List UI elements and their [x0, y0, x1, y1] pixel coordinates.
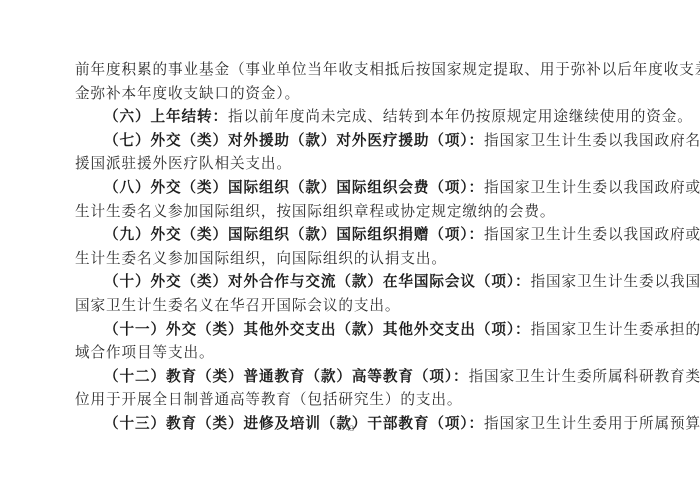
- definition-text: 指国家卫生计生委以我国政府或国家卫: [484, 179, 700, 196]
- line-text: 位用于开展全日制普通高等教育（包括研究生）的支出。: [75, 391, 462, 408]
- term-heading: （十二）教育（类）普通教育（款）高等教育（项）：: [104, 368, 469, 385]
- line-text: 金弥补本年度收支缺口的资金）。: [75, 85, 300, 102]
- definition-text: 指国家卫生计生委以我国政府或: [531, 273, 700, 290]
- text-line: 生计生委名义参加国际组织，按国际组织章程或协定规定缴纳的会费。: [75, 200, 635, 224]
- paragraph-11: （十一）外交（类）其他外交支出（款）其他外交支出（项）：指国家卫生计生委承担的亚…: [75, 318, 635, 342]
- paragraph-8: （八）外交（类）国际组织（款）国际组织会费（项）：指国家卫生计生委以我国政府或国…: [75, 176, 635, 200]
- term-heading: （九）外交（类）国际组织（款）国际组织捐赠（项）：: [104, 226, 484, 243]
- term-heading: （十）外交（类）对外合作与交流（款）在华国际会议（项）：: [104, 273, 531, 290]
- term-heading: （八）外交（类）国际组织（款）国际组织会费（项）：: [104, 179, 484, 196]
- line-text: 生计生委名义参加国际组织，向国际组织的认捐支出。: [75, 250, 447, 267]
- text-line: 前年度积累的事业基金（事业单位当年收支相抵后按国家规定提取、用于弥补以后年度收支…: [75, 58, 635, 82]
- text-line: 生计生委名义参加国际组织，向国际组织的认捐支出。: [75, 247, 635, 271]
- paragraph-6: （六）上年结转：指以前年度尚未完成、结转到本年仍按原规定用途继续使用的资金。: [75, 105, 635, 129]
- term-heading: （十一）外交（类）其他外交支出（款）其他外交支出（项）：: [104, 321, 531, 338]
- page-number: 43: [0, 424, 700, 433]
- text-line: 域合作项目等支出。: [75, 341, 635, 365]
- text-line: 位用于开展全日制普通高等教育（包括研究生）的支出。: [75, 388, 635, 412]
- document-page: 前年度积累的事业基金（事业单位当年收支相抵后按国家规定提取、用于弥补以后年度收支…: [75, 58, 635, 436]
- text-line: 国家卫生计生委名义在华召开国际会议的支出。: [75, 294, 635, 318]
- line-text: 生计生委名义参加国际组织，按国际组织章程或协定规定缴纳的会费。: [75, 203, 555, 220]
- line-text: 国家卫生计生委名义在华召开国际会议的支出。: [75, 297, 400, 314]
- term-heading: （七）外交（类）对外援助（款）对外医疗援助（项）：: [104, 132, 484, 149]
- paragraph-10: （十）外交（类）对外合作与交流（款）在华国际会议（项）：指国家卫生计生委以我国政…: [75, 270, 635, 294]
- paragraph-7: （七）外交（类）对外援助（款）对外医疗援助（项）：指国家卫生计生委以我国政府名义…: [75, 129, 635, 153]
- definition-text: 指国家卫生计生委以我国政府名义向受: [484, 132, 700, 149]
- definition-text: 指国家卫生计生委以我国政府或国家卫: [484, 226, 700, 243]
- definition-text: 指以前年度尚未完成、结转到本年仍按原规定用途继续使用的资金。: [228, 108, 693, 125]
- text-line: 金弥补本年度收支缺口的资金）。: [75, 82, 635, 106]
- text-line: 援国派驻援外医疗队相关支出。: [75, 152, 635, 176]
- paragraph-12: （十二）教育（类）普通教育（款）高等教育（项）：指国家卫生计生委所属科研教育类事…: [75, 365, 635, 389]
- definition-text: 指国家卫生计生委承担的亚洲区: [531, 321, 700, 338]
- line-text: 援国派驻援外医疗队相关支出。: [75, 155, 292, 172]
- definition-text: 指国家卫生计生委所属科研教育类事业单: [469, 368, 700, 385]
- paragraph-9: （九）外交（类）国际组织（款）国际组织捐赠（项）：指国家卫生计生委以我国政府或国…: [75, 223, 635, 247]
- line-text: 域合作项目等支出。: [75, 344, 214, 361]
- term-heading: （六）上年结转：: [104, 108, 228, 125]
- line-text: 前年度积累的事业基金（事业单位当年收支相抵后按国家规定提取、用于弥补以后年度收支…: [75, 61, 700, 78]
